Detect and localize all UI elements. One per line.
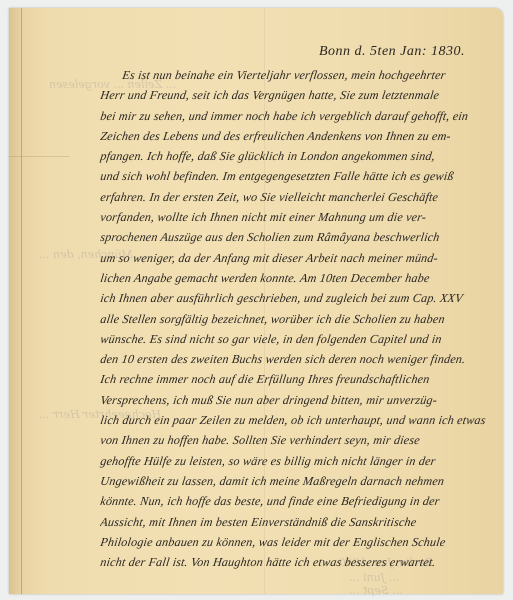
letter-line: um so weniger, da der Anfang mit dieser … <box>99 251 504 271</box>
letter-line: erfahren. In der ersten Zeit, wo Sie vie… <box>99 190 504 210</box>
letter-line: alle Stellen sorgfältig bezeichnet, worü… <box>99 312 504 332</box>
letter-line: Zeichen des Lebens und des erfreulichen … <box>99 129 504 149</box>
letter-line: Herr und Freund, seit ich das Vergnügen … <box>99 88 504 108</box>
paper-fold <box>9 156 69 157</box>
letter-line: pfangen. Ich hoffe, daß Sie glücklich in… <box>99 149 504 169</box>
letter-line: lich durch ein paar Zeilen zu melden, ob… <box>99 413 504 433</box>
letter-line: Ich rechne immer noch auf die Erfüllung … <box>99 372 504 392</box>
letter-line: wünsche. Es sind nicht so gar viele, in … <box>99 332 504 352</box>
letter-line: Aussicht, mit Ihnen im besten Einverstän… <box>99 515 504 535</box>
letter-line: von Ihnen zu hoffen habe. Sollten Sie ve… <box>99 433 504 453</box>
letter-date: Bonn d. 5ten Jan: 1830. <box>319 44 465 60</box>
letter-line: vorfanden, wollte ich Ihnen nicht mit ei… <box>99 210 504 230</box>
letter-line: ich Ihnen aber ausführlich geschrieben, … <box>99 291 504 311</box>
letter-line: Versprechens, ich muß Sie nun aber dring… <box>99 393 504 413</box>
letter-line: könnte. Nun, ich hoffe das beste, und fi… <box>99 494 504 514</box>
letter-line: Philologie anbauen zu können, was leider… <box>99 535 504 555</box>
letter-line: bei mir zu sehen, und immer noch habe ic… <box>99 109 504 129</box>
letter-line: lichen Angabe gemacht werden konnte. Am … <box>99 271 504 291</box>
paper-binding-edge <box>9 8 22 594</box>
letter-line: und sich wohl befinden. Im entgegengeset… <box>99 169 504 189</box>
letter-line: nicht der Fall ist. Von Haughton hätte i… <box>99 555 504 575</box>
letter-line: den 10 ersten des zweiten Buchs werden s… <box>99 352 504 372</box>
letter-line: Ungewißheit zu lassen, damit ich meine M… <box>99 474 504 494</box>
bleed-through-text: ... Sept ... <box>349 584 402 597</box>
letter-line: gehoffte Hülfe zu leisten, so wäre es bi… <box>99 454 504 474</box>
letter-line: Es ist nun beinahe ein Vierteljahr verfl… <box>99 68 504 88</box>
letter-line: sprochenen Auszüge aus den Scholien zum … <box>99 230 504 250</box>
letter-body: Es ist nun beinahe ein Vierteljahr verfl… <box>100 68 502 575</box>
